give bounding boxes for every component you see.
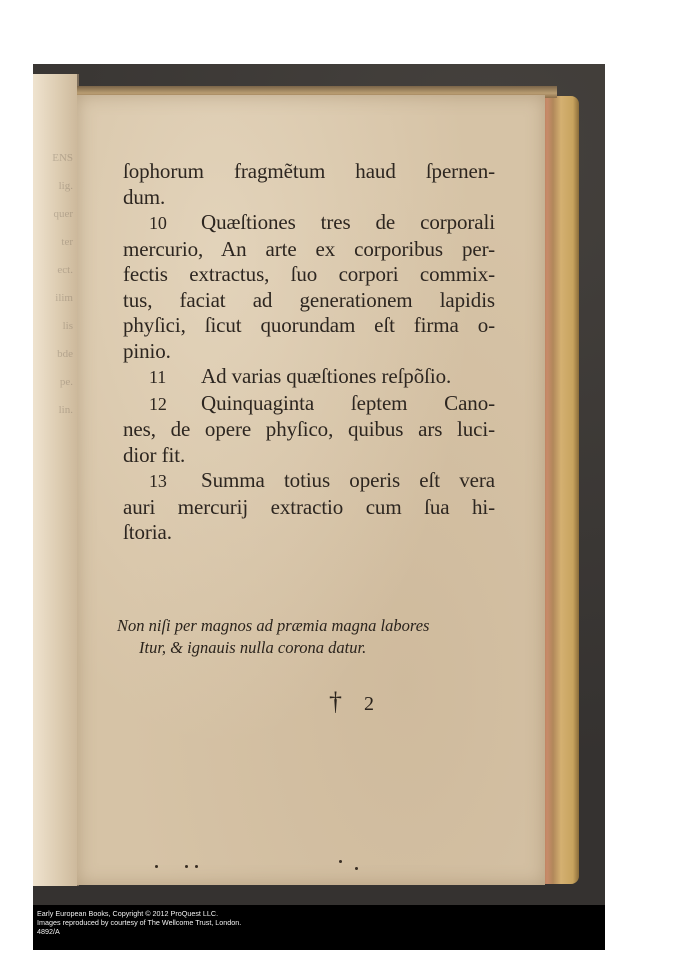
gilt-page-edge [539,96,579,884]
text-line: ſtoria. [123,520,495,546]
page-body-text: ſophorum fragmẽtum haud ſpernen- dum. 10… [123,159,495,546]
line-text: Ad varias quæſtiones reſpõſio. [201,364,451,388]
text-line: nes, de opere phyſico, quibus ars luci- [123,417,495,443]
caption-line-2: Images reproduced by courtesy of The Wel… [37,918,605,927]
text-line: fectis extractus, ſuo corpori commix- [123,262,495,288]
line-text: Summa totius operis eſt vera [201,468,495,492]
item-number: 10 [123,211,201,237]
item-number: 12 [123,392,201,418]
text-line: dior fit. [123,443,495,469]
copyright-caption: Early European Books, Copyright © 2012 P… [33,905,605,950]
latin-motto: Non niſi per magnos ad præmia magna labo… [117,615,497,659]
scanned-book-image: ENSlig.querterect.ilimlisbdepe.lin. ſoph… [33,64,605,905]
text-line: phyſici, ſicut quorundam eſt firma o- [123,313,495,339]
line-text: pinio. [123,339,171,363]
text-line: tus, faciat ad generationem lapidis [123,288,495,314]
paper-speck [355,867,358,870]
text-line: dum. [123,185,495,211]
list-item-13: 13Summa totius operis eſt vera [123,468,495,495]
book-page: ſophorum fragmẽtum haud ſpernen- dum. 10… [77,95,545,885]
item-number: 11 [123,365,201,391]
text-line: mercurio, An arte ex corporibus per- [123,237,495,263]
bleed-through-text: ENSlig.querterect.ilimlisbdepe.lin. [37,144,73,424]
line-text: Quæſtiones tres de corporali [201,210,495,234]
line-text: dior fit. [123,443,185,467]
line-text: mercurio, An arte ex corporibus per- [123,237,495,261]
line-text: fectis extractus, ſuo corpori commix- [123,262,495,286]
left-flyleaf-page: ENSlig.querterect.ilimlisbdepe.lin. [33,74,79,886]
item-number: 13 [123,469,201,495]
line-text: phyſici, ſicut quorundam eſt firma o- [123,313,495,337]
text-line: ſophorum fragmẽtum haud ſpernen- [123,159,495,185]
list-item-10: 10Quæſtiones tres de corporali [123,210,495,237]
list-item-11: 11Ad varias quæſtiones reſpõſio. [123,364,495,391]
dagger-icon: † [329,687,342,716]
motto-line-1: Non niſi per magnos ad præmia magna labo… [117,615,497,637]
caption-line-3: 4892/A [37,927,605,936]
line-text: nes, de opere phyſico, quibus ars luci- [123,417,495,441]
text-line: auri mercurij extractio cum ſua hi- [123,495,495,521]
motto-line-2: Itur, & ignauis nulla corona datur. [117,637,497,659]
text-line: pinio. [123,339,495,365]
list-item-12: 12Quinquaginta ſeptem Cano- [123,391,495,418]
paper-speck [155,865,158,868]
paper-speck [185,865,188,868]
line-text: ſtoria. [123,520,172,544]
signature-number: 2 [364,693,374,715]
line-text: Quinquaginta ſeptem Cano- [201,391,495,415]
signature-mark: †2 [329,687,374,717]
paper-speck [195,865,198,868]
caption-line-1: Early European Books, Copyright © 2012 P… [37,909,605,918]
paper-speck [339,860,342,863]
line-text: tus, faciat ad generationem lapidis [123,288,495,312]
line-text: auri mercurij extractio cum ſua hi- [123,495,495,519]
line-text: ſophorum fragmẽtum haud ſpernen- [123,159,495,183]
line-text: dum. [123,185,165,209]
